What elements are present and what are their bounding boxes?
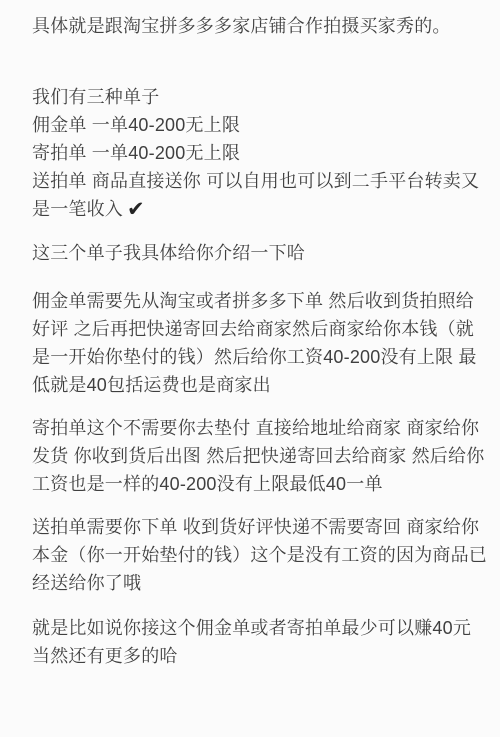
text-line: 经送给你了哦 [32, 569, 470, 597]
text-line: 寄拍单这个不需要你去垫付 直接给地址给商家 商家给你 [32, 414, 470, 442]
paragraph-intro: 具体就是跟淘宝拼多多多家店铺合作拍摄买家秀的。 [32, 12, 470, 40]
text-line: 具体就是跟淘宝拼多多多家店铺合作拍摄买家秀的。 [32, 12, 470, 40]
text-line: 送拍单需要你下单 收到货好评快递不需要寄回 商家给你 [32, 513, 470, 541]
check-icon: ✔ [127, 196, 145, 224]
text-line: 这三个单子我具体给你介绍一下哈 [32, 239, 470, 267]
text-line: 佣金单 一单40-200无上限 [32, 111, 470, 139]
text-line: 佣金单需要先从淘宝或者拼多多下单 然后收到货拍照给 [32, 287, 470, 315]
paragraph-order-types: 我们有三种单子 佣金单 一单40-200无上限 寄拍单 一单40-200无上限 … [32, 83, 470, 224]
text-line: 就是比如说你接这个佣金单或者寄拍单最少可以赚40元 [32, 614, 470, 642]
text-line: 当然还有更多的哈 [32, 642, 470, 670]
paragraph-gift-order: 送拍单需要你下单 收到货好评快递不需要寄回 商家给你 本金（你一开始垫付的钱）这… [32, 513, 470, 597]
page: 具体就是跟淘宝拼多多多家店铺合作拍摄买家秀的。 我们有三种单子 佣金单 一单40… [0, 0, 500, 737]
text-line: 发货 你收到货后出图 然后把快递寄回去给商家 然后给你 [32, 442, 470, 470]
text-line: 是一笔收入✔ [32, 195, 470, 224]
text-line: 工资也是一样的40-200没有上限最低40一单 [32, 470, 470, 498]
paragraph-send-photo-order: 寄拍单这个不需要你去垫付 直接给地址给商家 商家给你 发货 你收到货后出图 然后… [32, 414, 470, 498]
paragraph-earnings-summary: 就是比如说你接这个佣金单或者寄拍单最少可以赚40元 当然还有更多的哈 [32, 614, 470, 670]
text-segment: 是一笔收入 [32, 199, 123, 219]
text-line: 是一开始你垫付的钱）然后给你工资40-200没有上限 最 [32, 343, 470, 371]
paragraph-commission-order: 佣金单需要先从淘宝或者拼多多下单 然后收到货拍照给 好评 之后再把快递寄回去给商… [32, 287, 470, 399]
text-line: 寄拍单 一单40-200无上限 [32, 139, 470, 167]
text-line: 好评 之后再把快递寄回去给商家然后商家给你本钱（就 [32, 315, 470, 343]
text-line: 我们有三种单子 [32, 83, 470, 111]
paragraph-intro-detail: 这三个单子我具体给你介绍一下哈 [32, 239, 470, 267]
text-line: 送拍单 商品直接送你 可以自用也可以到二手平台转卖又 [32, 167, 470, 195]
text-line: 低就是40包括运费也是商家出 [32, 371, 470, 399]
text-line: 本金（你一开始垫付的钱）这个是没有工资的因为商品已 [32, 541, 470, 569]
